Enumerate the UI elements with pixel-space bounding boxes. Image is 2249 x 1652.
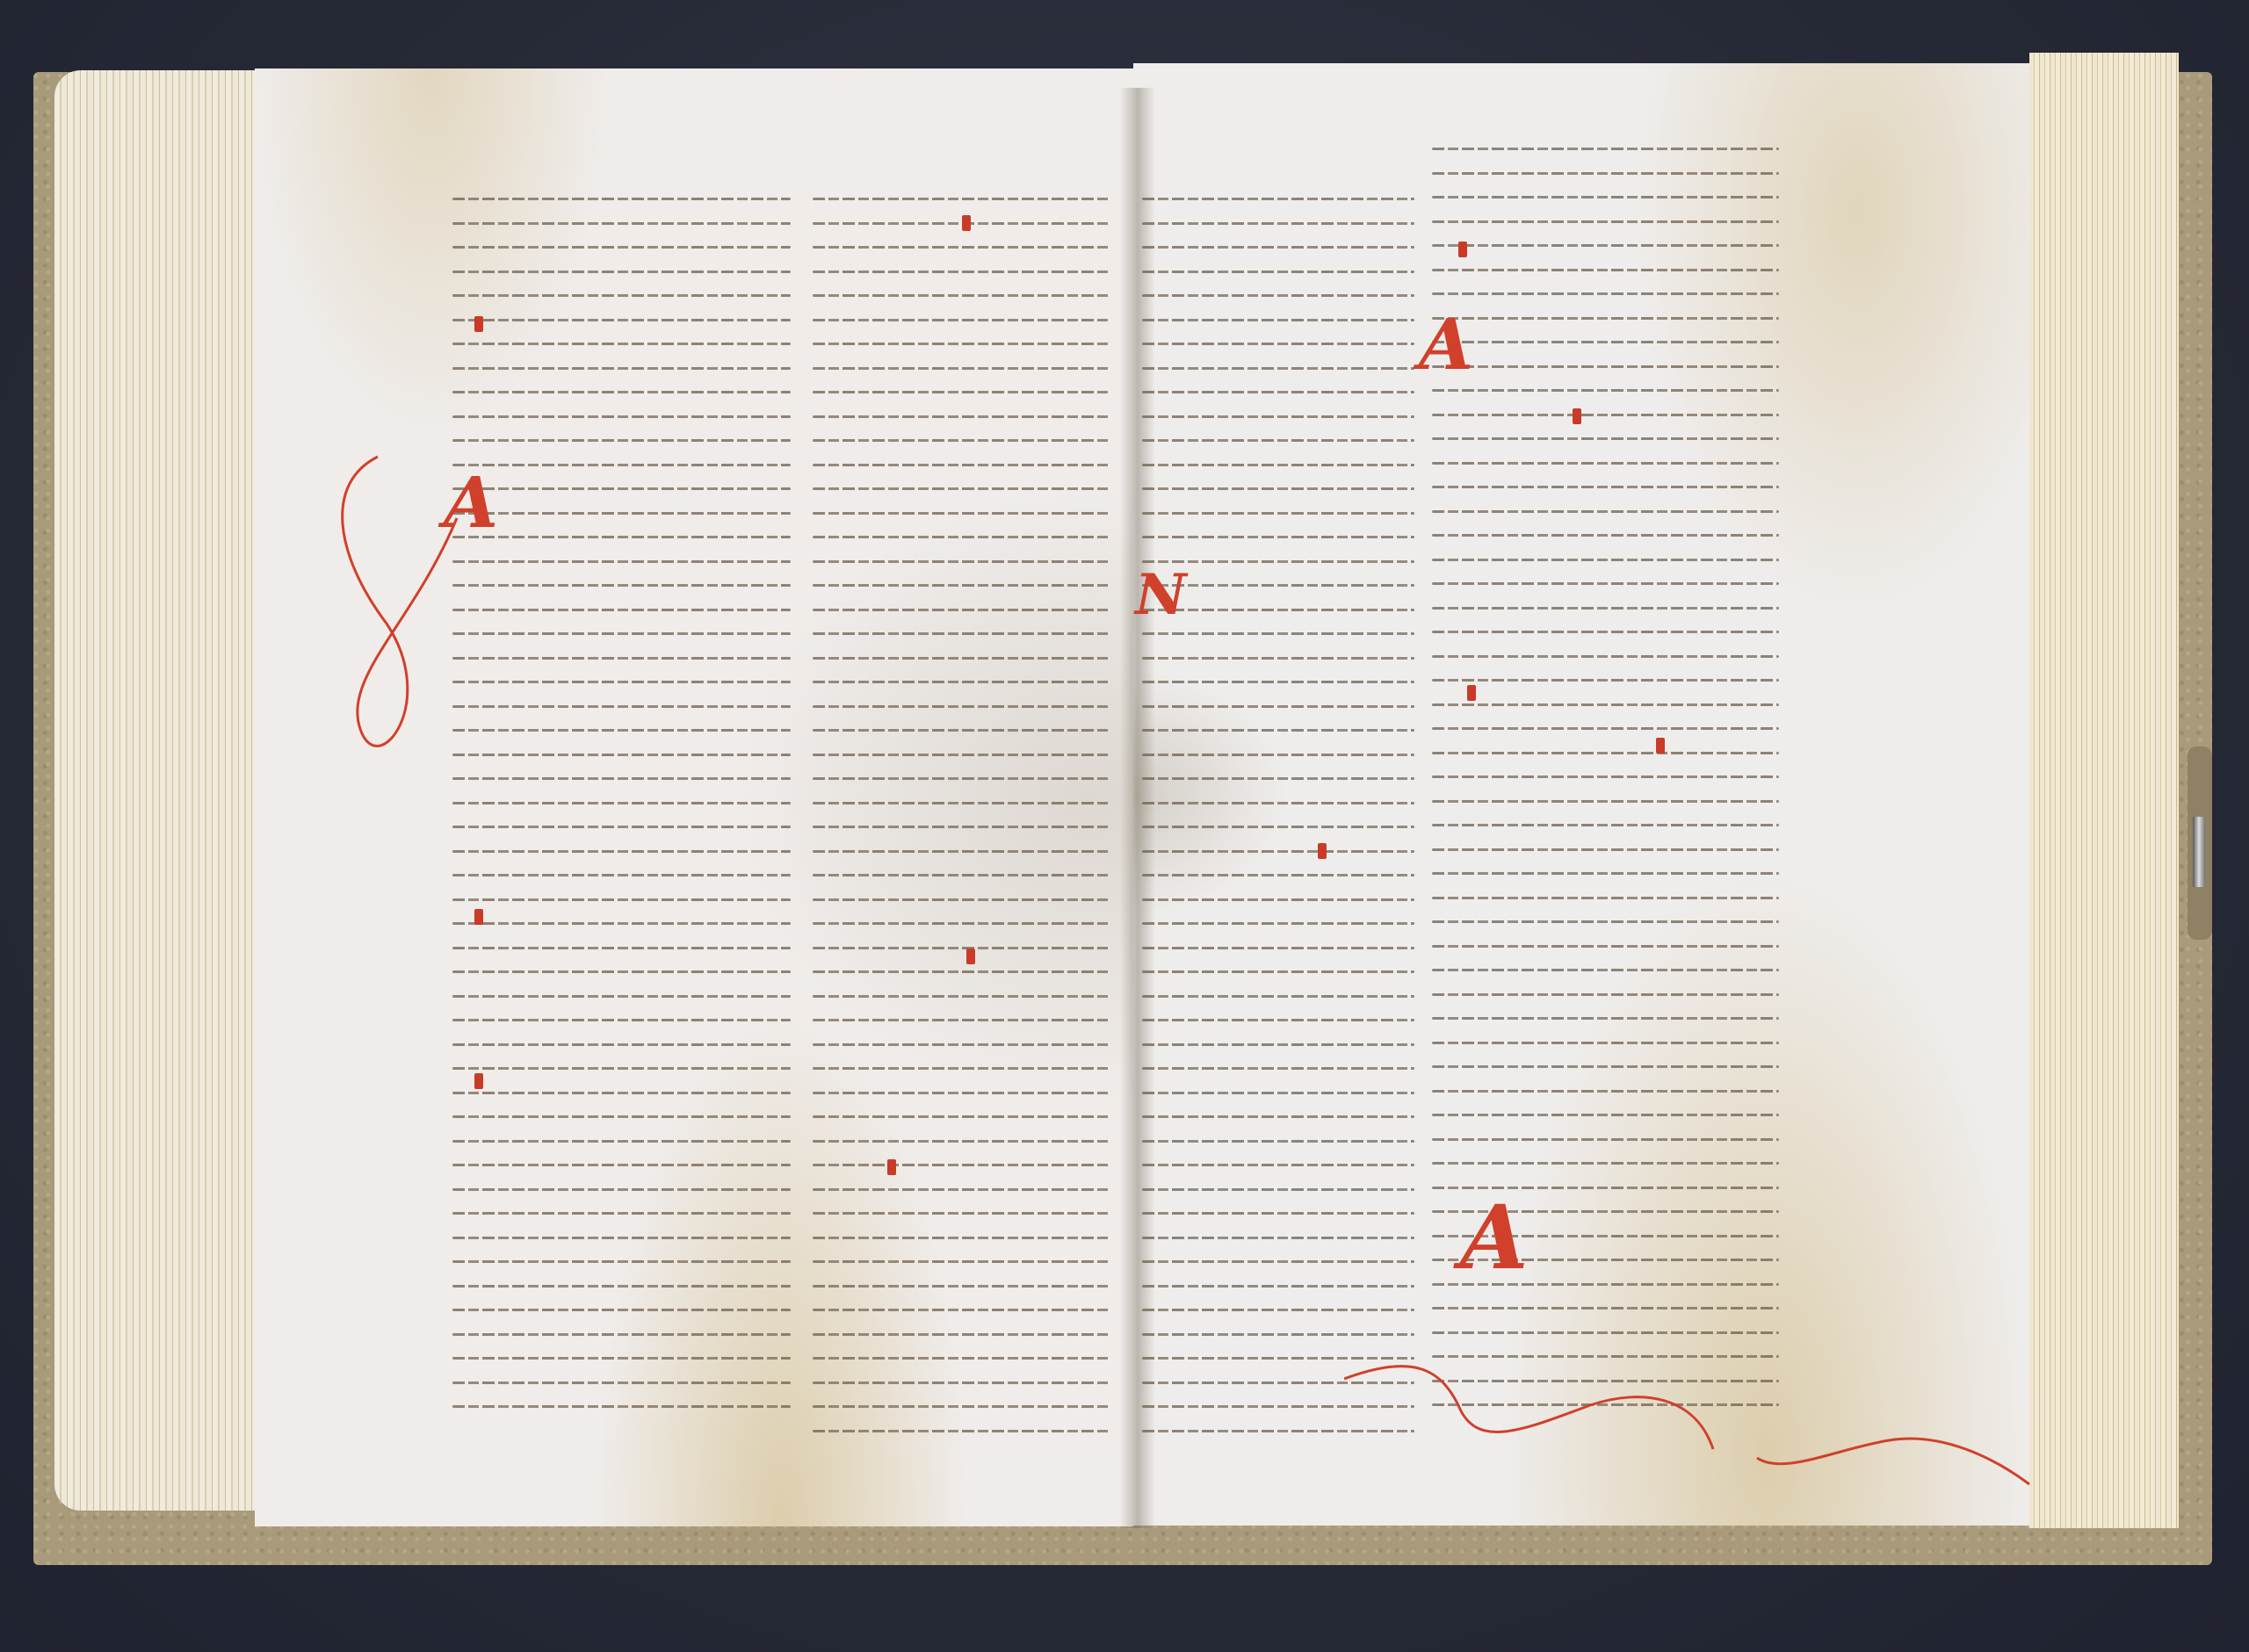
right-page-column-1	[1142, 198, 1414, 1454]
rubric-mark	[966, 949, 975, 964]
rubric-mark	[474, 909, 483, 925]
rubric-mark	[1318, 843, 1327, 859]
right-bottom-flourish	[1344, 1353, 2047, 1493]
right-page-edges	[2029, 53, 2179, 1528]
rubric-mark	[1573, 408, 1581, 424]
left-page-column-1	[452, 198, 791, 1430]
rubric-mark	[962, 215, 971, 231]
decorated-initial-right-top: A	[1419, 303, 1473, 386]
rubric-mark	[1656, 738, 1665, 754]
left-page-column-2	[813, 198, 1111, 1454]
left-margin-flourish	[325, 448, 483, 799]
rubric-mark	[474, 316, 483, 332]
rubric-mark	[1458, 242, 1467, 257]
decorated-initial-right-middle: N	[1135, 562, 1187, 628]
decorated-initial-right-bottom: A	[1460, 1186, 1529, 1289]
clasp-metal	[2193, 817, 2205, 887]
rubric-mark	[887, 1159, 896, 1175]
rubric-mark	[474, 1073, 483, 1089]
left-page-edges	[54, 70, 257, 1511]
rubric-mark	[1467, 685, 1476, 701]
